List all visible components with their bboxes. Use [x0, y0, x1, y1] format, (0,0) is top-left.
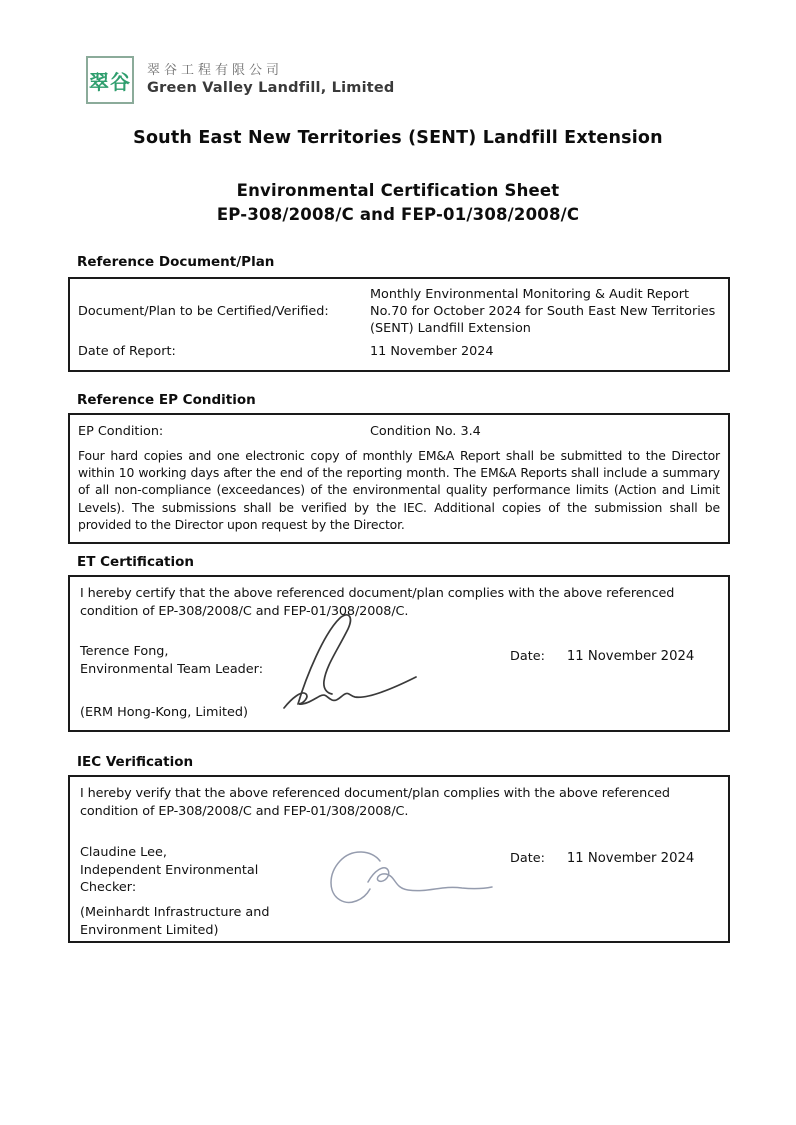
- ep-condition-label: EP Condition:: [78, 423, 370, 440]
- iec-date-label: Date:: [510, 851, 545, 866]
- et-date-value: 11 November 2024: [567, 649, 694, 664]
- ep-condition-value: Condition No. 3.4: [370, 423, 720, 440]
- subtitle-permit-numbers: EP-308/2008/C and FEP-01/308/2008/C: [0, 203, 796, 227]
- reference-document-table: Document/Plan to be Certified/Verified: …: [68, 277, 730, 372]
- iec-signatory-name: Claudine Lee,: [80, 844, 305, 862]
- iec-signatory-role: Independent Environmental Checker:: [80, 862, 305, 897]
- et-certification-statement: I hereby certify that the above referenc…: [80, 585, 718, 621]
- document-plan-label: Document/Plan to be Certified/Verified:: [78, 303, 370, 320]
- et-certification-box: I hereby certify that the above referenc…: [68, 575, 730, 732]
- table-row: Document/Plan to be Certified/Verified: …: [78, 286, 720, 337]
- heading-reference-ep-condition: Reference EP Condition: [77, 392, 256, 408]
- iec-date-row: Date: 11 November 2024: [510, 851, 694, 866]
- document-plan-value: Monthly Environmental Monitoring & Audit…: [370, 286, 720, 337]
- et-date-label: Date:: [510, 649, 545, 664]
- iec-signatory-block: Claudine Lee, Independent Environmental …: [80, 844, 305, 897]
- document-subtitle: Environmental Certification Sheet EP-308…: [0, 179, 796, 227]
- company-name-english: Green Valley Landfill, Limited: [147, 80, 395, 96]
- ep-condition-description: Four hard copies and one electronic copy…: [78, 447, 720, 533]
- iec-verification-statement: I hereby verify that the above reference…: [80, 785, 718, 821]
- et-signatory-role: Environmental Team Leader:: [80, 661, 305, 679]
- company-names: 翠谷工程有限公司 Green Valley Landfill, Limited: [147, 56, 395, 96]
- ep-condition-table: EP Condition: Condition No. 3.4 Four har…: [68, 413, 730, 544]
- date-of-report-value: 11 November 2024: [370, 343, 720, 360]
- heading-et-certification: ET Certification: [77, 554, 194, 570]
- date-of-report-label: Date of Report:: [78, 343, 370, 360]
- heading-iec-verification: IEC Verification: [77, 754, 193, 770]
- document-title: South East New Territories (SENT) Landfi…: [0, 128, 796, 148]
- table-row: Date of Report: 11 November 2024: [78, 343, 720, 360]
- iec-signature-icon: [322, 847, 504, 913]
- iec-date-value: 11 November 2024: [567, 851, 694, 866]
- heading-reference-document: Reference Document/Plan: [77, 254, 274, 270]
- iec-verification-box: I hereby verify that the above reference…: [68, 775, 730, 943]
- et-signatory-block: Terence Fong, Environmental Team Leader:: [80, 643, 305, 678]
- et-signatory-name: Terence Fong,: [80, 643, 305, 661]
- subtitle-sheet-name: Environmental Certification Sheet: [0, 179, 796, 203]
- certification-sheet-page: 翠谷 翠谷工程有限公司 Green Valley Landfill, Limit…: [0, 0, 796, 1125]
- table-row: EP Condition: Condition No. 3.4: [78, 423, 720, 440]
- company-name-chinese: 翠谷工程有限公司: [147, 59, 395, 78]
- iec-signatory-company: (Meinhardt Infrastructure and Environmen…: [80, 904, 310, 939]
- et-signatory-company: (ERM Hong-Kong, Limited): [80, 704, 310, 722]
- company-logo: 翠谷: [86, 56, 134, 104]
- et-date-row: Date: 11 November 2024: [510, 649, 694, 664]
- logo-glyph: 翠谷: [89, 66, 131, 95]
- letterhead: 翠谷 翠谷工程有限公司 Green Valley Landfill, Limit…: [86, 56, 395, 104]
